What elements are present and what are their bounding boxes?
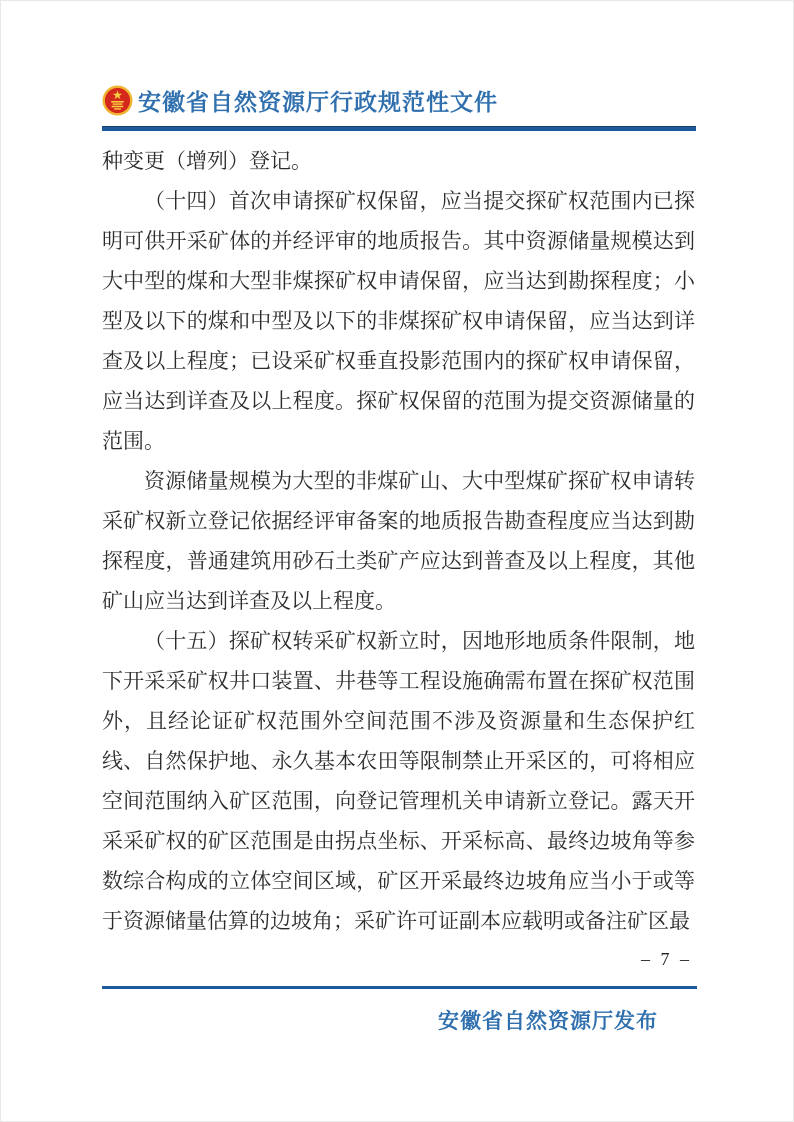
body-paragraph: 种变更（增列）登记。 (102, 141, 695, 181)
header-divider (102, 126, 696, 131)
document-page: 安徽省自然资源厅行政规范性文件 种变更（增列）登记。 （十四）首次申请探矿权保留… (0, 0, 794, 1122)
body-paragraph: 资源储量规模为大型的非煤矿山、大中型煤矿探矿权申请转采矿权新立登记依据经评审备案… (102, 461, 695, 621)
document-body: 种变更（增列）登记。 （十四）首次申请探矿权保留，应当提交探矿权范围内已探明可供… (102, 141, 695, 941)
document-header: 安徽省自然资源厅行政规范性文件 (102, 82, 696, 131)
footer-publisher: 安徽省自然资源厅发布 (438, 1005, 658, 1035)
national-emblem-icon (102, 85, 133, 116)
footer-divider (102, 986, 697, 989)
header-title: 安徽省自然资源厅行政规范性文件 (138, 84, 498, 117)
page-number: – 7 – (641, 949, 692, 970)
body-paragraph: （十四）首次申请探矿权保留，应当提交探矿权范围内已探明可供开采矿体的并经评审的地… (102, 181, 695, 461)
body-paragraph: （十五）探矿权转采矿权新立时，因地形地质条件限制，地下开采采矿权井口装置、井巷等… (102, 621, 695, 941)
